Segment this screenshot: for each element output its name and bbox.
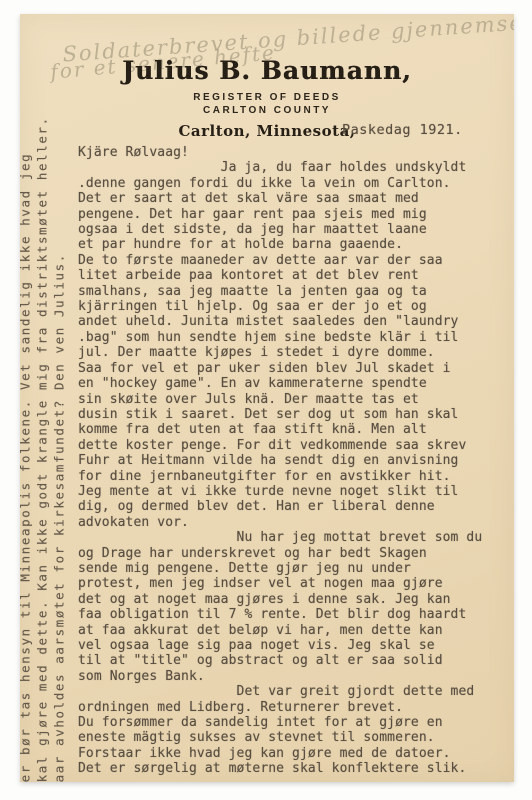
- typed-line: .bag" som hun sendte hjem sine bedste kl…: [78, 330, 498, 345]
- typed-date: Paskedag 1921.: [342, 122, 463, 138]
- typed-line: faa obligation til 7 % rente. Det blir d…: [78, 607, 498, 622]
- page-background: Soldaterbrevet og billede gjennemses for…: [0, 0, 532, 800]
- typed-line: Ja ja, du faar holdes undskyldt: [78, 160, 498, 175]
- typed-line: at faa akkurat det beløp vi har, men det…: [78, 623, 498, 638]
- typed-line: jul. Der maatte kjøpes i stedet i dyre d…: [78, 345, 498, 360]
- typed-line: Det er saart at det skal väre saa smaat …: [78, 191, 498, 206]
- typed-line: et par hundre for at holde barna gaaende…: [78, 237, 498, 252]
- letterhead-title-line1: REGISTER OF DEEDS: [20, 92, 514, 103]
- margin-note-line: skal gjøre med dette. Kan ikke godt kran…: [34, 62, 51, 783]
- typed-line: sin skøite over Juls knä. Der maatte tas…: [78, 392, 498, 407]
- letter-body: Kjäre Rølvaag! Ja ja, du faar holdes und…: [78, 145, 498, 777]
- typed-line: som Norges Bank.: [78, 669, 498, 684]
- typed-line: advokaten vor.: [78, 515, 498, 530]
- typed-line: Kjäre Rølvaag!: [78, 145, 498, 160]
- typed-line: Det er sørgelig at møterne skal konflekt…: [78, 761, 498, 776]
- typed-line: pengene. Det har gaar rent paa sjeis med…: [78, 207, 498, 222]
- typed-line: dette koster penge. For dit vedkommende …: [78, 438, 498, 453]
- typed-line: Saa for vel et par uker siden blev Jul s…: [78, 361, 498, 376]
- margin-note-line: Der bør tas hensyn til Minneapolis folke…: [20, 62, 34, 783]
- typed-line: ordningen med Lidberg. Returnerer brevet…: [78, 700, 498, 715]
- typed-line: andet uheld. Junita mistet saaledes den …: [78, 314, 498, 329]
- typed-line: Forstaar ikke hvad jeg kan gjøre med de …: [78, 746, 498, 761]
- typed-line: litet arbeide paa kontoret at det blev r…: [78, 268, 498, 283]
- typed-line: komme fra det uten at faa stift knä. Men…: [78, 422, 498, 437]
- typed-line: eneste mägtig sukses av stevnet til somm…: [78, 730, 498, 745]
- margin-note-line: Naar avholdes aarsmøtet for kirkesamfund…: [51, 62, 68, 783]
- typed-line: det og at noget maa gjøres i denne sak. …: [78, 592, 498, 607]
- typed-line: dig, og dermed blev det. Han er liberal …: [78, 499, 498, 514]
- typed-line: Det var greit gjordt dette med: [78, 684, 498, 699]
- typed-line: smalhans, saa jeg maatte la jenten gaa o…: [78, 284, 498, 299]
- typed-line: .denne gangen fordi du ikke la vein om C…: [78, 176, 498, 191]
- typed-line: kjärringen til hjelp. Og saa er der jo e…: [78, 299, 498, 314]
- typed-line: vel ogsaa lage sig paa noget vis. Jeg sk…: [78, 638, 498, 653]
- typed-line: og Drage har underskrevet og har bedt Sk…: [78, 546, 498, 561]
- typed-line: protest, men jeg indser vel at nogen maa…: [78, 576, 498, 591]
- margin-notes: Der bør tas hensyn til Minneapolis folke…: [20, 62, 68, 783]
- typed-line: en "hockey game". En av kammeraterne spe…: [78, 376, 498, 391]
- typed-line: Fuhr at Heitmann vilde ha sendt dig en a…: [78, 453, 498, 468]
- typed-line: dusin stik i saaret. Det ser dog ut som …: [78, 407, 498, 422]
- letterhead-title-line2: CARLTON COUNTY: [20, 105, 514, 116]
- letterhead-name: Julius B. Baumann,: [20, 56, 514, 85]
- typed-line: Jeg mente at vi ikke turde nevne noget s…: [78, 484, 498, 499]
- typed-line: til at "title" og abstract og alt er saa…: [78, 653, 498, 668]
- typed-line: sende mig pengene. Dette gjør jeg nu und…: [78, 561, 498, 576]
- typed-line: De to første maaneder av dette aar var d…: [78, 253, 498, 268]
- typed-line: Nu har jeg mottat brevet som du: [78, 530, 498, 545]
- typed-line: for dine jernbaneutgifter for en avstikk…: [78, 469, 498, 484]
- typed-line: ogsaa i det sidste, da jeg har maattet l…: [78, 222, 498, 237]
- typed-line: Du forsømmer da sandelig intet for at gj…: [78, 715, 498, 730]
- letter-paper: Soldaterbrevet og billede gjennemses for…: [20, 14, 514, 782]
